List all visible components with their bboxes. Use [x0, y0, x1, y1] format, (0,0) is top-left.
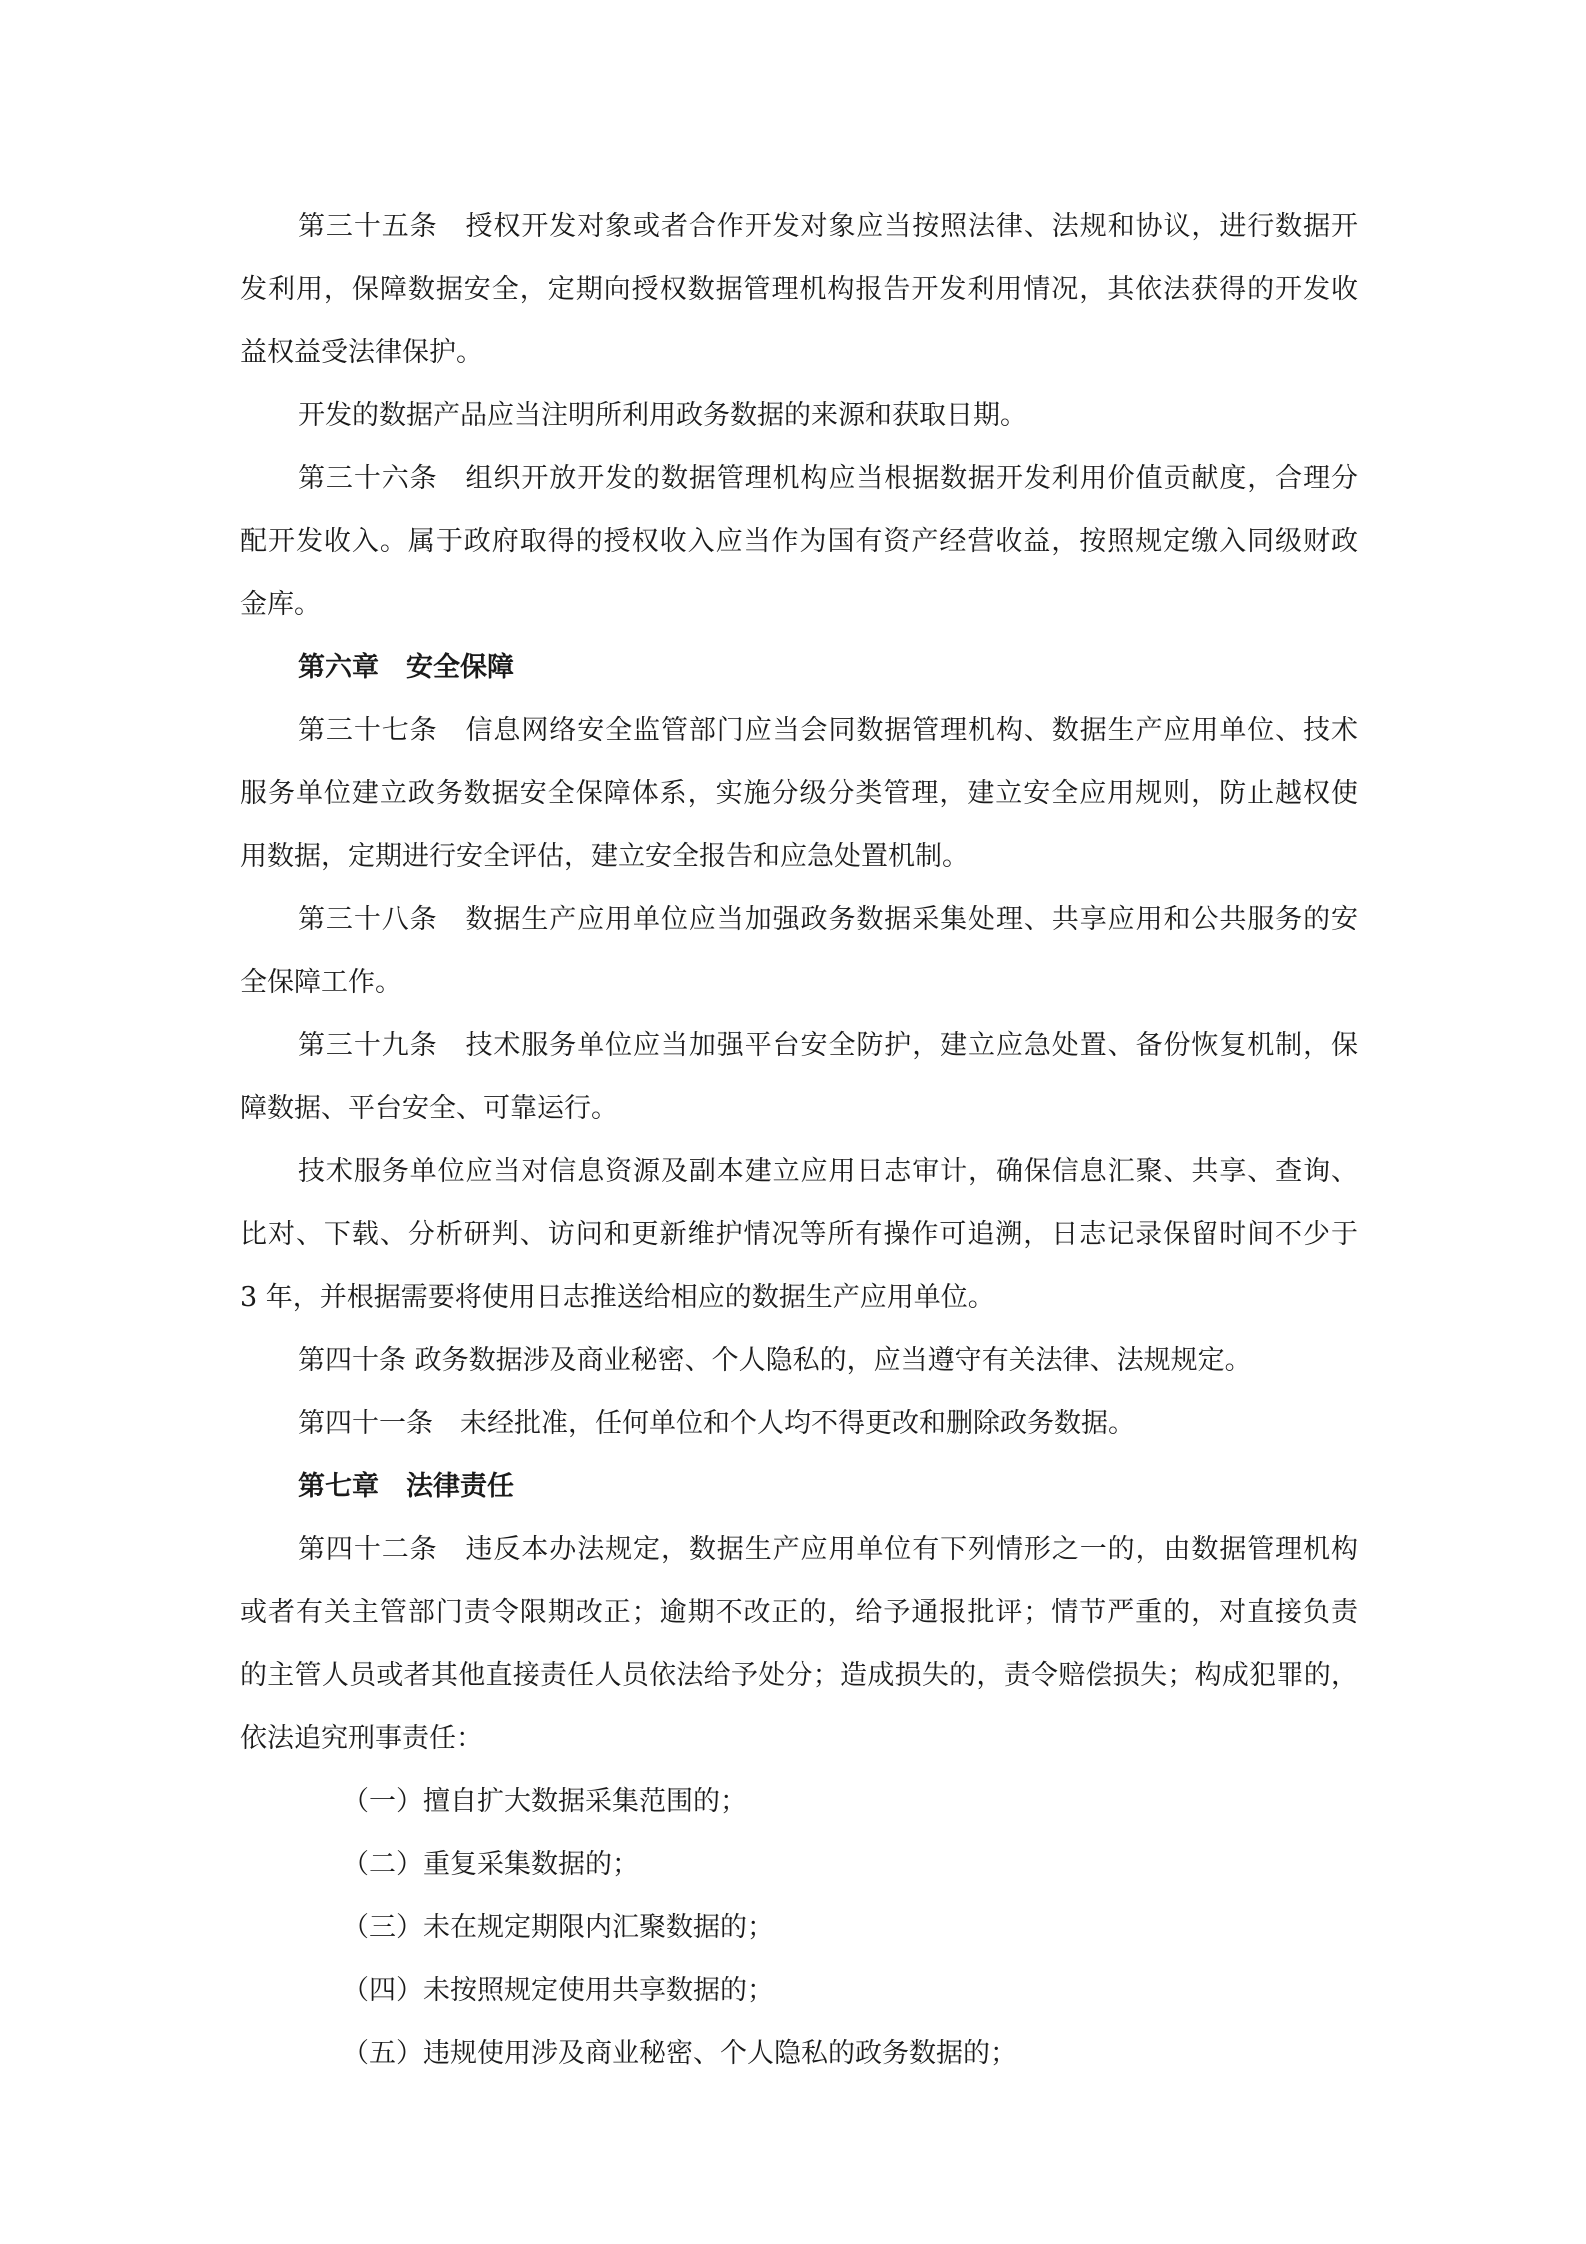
- list-item-4: （四）未按照规定使用共享数据的；: [240, 1959, 1358, 2022]
- list-item-2: （二）重复采集数据的；: [240, 1833, 1358, 1896]
- text-line: 服务单位建立政务数据安全保障体系，实施分级分类管理，建立安全应用规则，防止越权使: [240, 762, 1358, 825]
- paragraph-data-product-source: 开发的数据产品应当注明所利用政务数据的来源和获取日期。: [240, 384, 1358, 447]
- list-item-text: （一）擅自扩大数据采集范围的；: [240, 1770, 1358, 1833]
- text-line: 第三十七条 信息网络安全监管部门应当会同数据管理机构、数据生产应用单位、技术: [240, 699, 1358, 762]
- chapter-title: 第七章 法律责任: [240, 1455, 1358, 1518]
- text-line: 比对、下载、分析研判、访问和更新维护情况等所有操作可追溯，日志记录保留时间不少于: [240, 1203, 1358, 1266]
- text-line: 发利用，保障数据安全，定期向授权数据管理机构报告开发利用情况，其依法获得的开发收: [240, 258, 1358, 321]
- text-line: 开发的数据产品应当注明所利用政务数据的来源和获取日期。: [240, 384, 1358, 447]
- text-line: 配开发收入。属于政府取得的授权收入应当作为国有资产经营收益，按照规定缴入同级财政: [240, 510, 1358, 573]
- text-line: 的主管人员或者其他直接责任人员依法给予处分；造成损失的，责令赔偿损失；构成犯罪的…: [240, 1644, 1358, 1707]
- article-39: 第三十九条 技术服务单位应当加强平台安全防护，建立应急处置、备份恢复机制，保 障…: [240, 1014, 1358, 1140]
- text-line: 金库。: [240, 573, 1358, 636]
- article-36: 第三十六条 组织开放开发的数据管理机构应当根据数据开发利用价值贡献度，合理分 配…: [240, 447, 1358, 636]
- list-item-5: （五）违规使用涉及商业秘密、个人隐私的政务数据的；: [240, 2022, 1358, 2085]
- article-42: 第四十二条 违反本办法规定，数据生产应用单位有下列情形之一的，由数据管理机构 或…: [240, 1518, 1358, 1770]
- article-37: 第三十七条 信息网络安全监管部门应当会同数据管理机构、数据生产应用单位、技术 服…: [240, 699, 1358, 888]
- text-line: 用数据，定期进行安全评估，建立安全报告和应急处置机制。: [240, 825, 1358, 888]
- document-page: 第三十五条 授权开发对象或者合作开发对象应当按照法律、法规和协议，进行数据开 发…: [240, 195, 1358, 2085]
- text-line: 技术服务单位应当对信息资源及副本建立应用日志审计，确保信息汇聚、共享、查询、: [240, 1140, 1358, 1203]
- text-line: 3 年，并根据需要将使用日志推送给相应的数据生产应用单位。: [240, 1266, 1358, 1329]
- text-line: 第四十条 政务数据涉及商业秘密、个人隐私的，应当遵守有关法律、法规规定。: [240, 1329, 1358, 1392]
- text-line: 第三十八条 数据生产应用单位应当加强政务数据采集处理、共享应用和公共服务的安: [240, 888, 1358, 951]
- list-item-text: （二）重复采集数据的；: [240, 1833, 1358, 1896]
- list-item-3: （三）未在规定期限内汇聚数据的；: [240, 1896, 1358, 1959]
- list-item-1: （一）擅自扩大数据采集范围的；: [240, 1770, 1358, 1833]
- text-line: 第四十二条 违反本办法规定，数据生产应用单位有下列情形之一的，由数据管理机构: [240, 1518, 1358, 1581]
- list-item-text: （五）违规使用涉及商业秘密、个人隐私的政务数据的；: [240, 2022, 1358, 2085]
- text-line: 障数据、平台安全、可靠运行。: [240, 1077, 1358, 1140]
- chapter-6-heading: 第六章 安全保障: [240, 636, 1358, 699]
- text-line: 益权益受法律保护。: [240, 321, 1358, 384]
- list-item-text: （三）未在规定期限内汇聚数据的；: [240, 1896, 1358, 1959]
- article-35: 第三十五条 授权开发对象或者合作开发对象应当按照法律、法规和协议，进行数据开 发…: [240, 195, 1358, 384]
- article-38: 第三十八条 数据生产应用单位应当加强政务数据采集处理、共享应用和公共服务的安 全…: [240, 888, 1358, 1014]
- text-line: 第三十五条 授权开发对象或者合作开发对象应当按照法律、法规和协议，进行数据开: [240, 195, 1358, 258]
- paragraph-log-audit: 技术服务单位应当对信息资源及副本建立应用日志审计，确保信息汇聚、共享、查询、 比…: [240, 1140, 1358, 1329]
- list-item-text: （四）未按照规定使用共享数据的；: [240, 1959, 1358, 2022]
- text-line: 或者有关主管部门责令限期改正；逾期不改正的，给予通报批评；情节严重的，对直接负责: [240, 1581, 1358, 1644]
- article-40: 第四十条 政务数据涉及商业秘密、个人隐私的，应当遵守有关法律、法规规定。: [240, 1329, 1358, 1392]
- chapter-7-heading: 第七章 法律责任: [240, 1455, 1358, 1518]
- text-line: 第三十九条 技术服务单位应当加强平台安全防护，建立应急处置、备份恢复机制，保: [240, 1014, 1358, 1077]
- text-line: 全保障工作。: [240, 951, 1358, 1014]
- article-41: 第四十一条 未经批准，任何单位和个人均不得更改和删除政务数据。: [240, 1392, 1358, 1455]
- text-line: 依法追究刑事责任：: [240, 1707, 1358, 1770]
- text-line: 第四十一条 未经批准，任何单位和个人均不得更改和删除政务数据。: [240, 1392, 1358, 1455]
- chapter-title: 第六章 安全保障: [240, 636, 1358, 699]
- text-line: 第三十六条 组织开放开发的数据管理机构应当根据数据开发利用价值贡献度，合理分: [240, 447, 1358, 510]
